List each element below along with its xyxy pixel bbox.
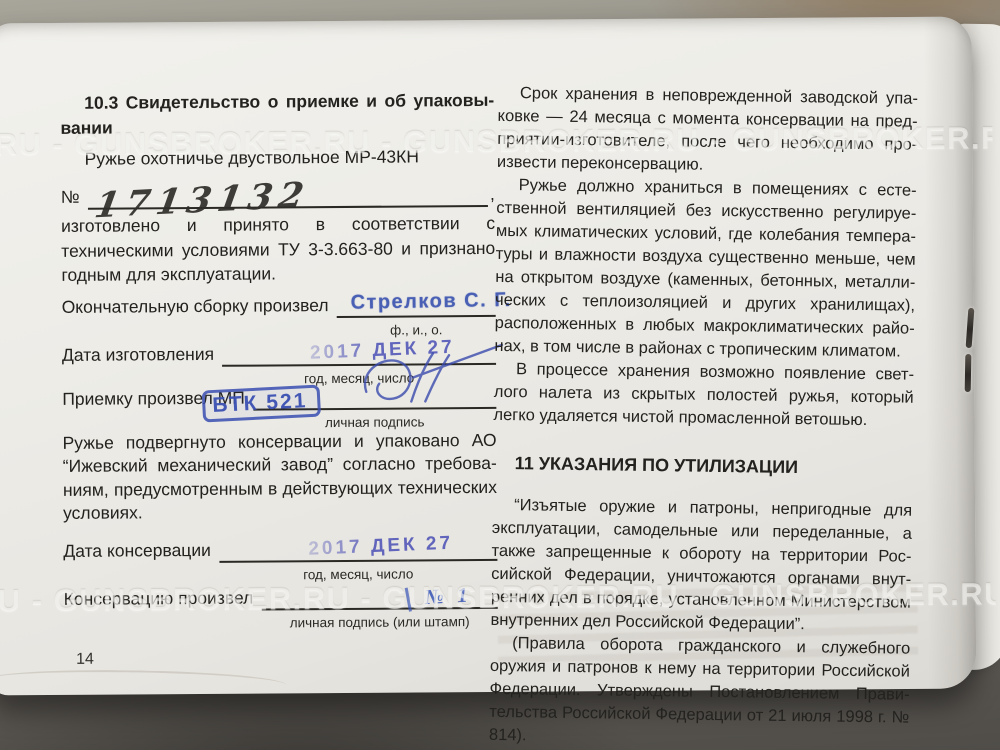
serial-suffix: , bbox=[490, 182, 495, 207]
signature-icon bbox=[354, 340, 504, 413]
assembly-row: Окончательную сборку произвел Стрелков С… bbox=[62, 290, 496, 319]
storage-period-paragraph: Срок хранения в неповрежденной заводской… bbox=[497, 82, 918, 180]
storage-conditions-paragraph: Ружье должно храниться в помещениях с ес… bbox=[494, 174, 917, 364]
staple-icon bbox=[960, 304, 980, 396]
serial-line: 1713132 bbox=[88, 181, 489, 210]
stamp-bracket-mark bbox=[405, 585, 420, 611]
assembly-name-stamp: Стрелков С. Г. bbox=[350, 287, 511, 315]
conservation-by-label: Консервацию произвел bbox=[64, 585, 254, 611]
conservation-by-line: № 1 личная подпись (или штамп) bbox=[261, 582, 498, 610]
assembly-line: Стрелков С. Г. ф., и., о. bbox=[336, 290, 495, 317]
btk-stamp: БТК 521 bbox=[202, 384, 322, 422]
conservation-date-label: Дата консервации bbox=[63, 537, 211, 563]
page-number: 14 bbox=[76, 651, 94, 669]
rules-citation-paragraph: (Правила оборота гражданского и служебно… bbox=[489, 632, 911, 750]
seized-weapons-paragraph: “Изъятые оружие и патроны, непригодные д… bbox=[490, 494, 912, 638]
conservation-date-line: 2017 ДЕК 27 год, месяц, число bbox=[219, 534, 498, 562]
conservation-by-row: Консервацию произвел № 1 личная подпись … bbox=[64, 582, 498, 611]
acceptance-row: Приемку произвел МП личная подпись bbox=[62, 382, 496, 411]
page-stack-edge bbox=[0, 668, 286, 697]
booklet-page: R.RU - GUNSBROKER.RU - GUNSBROKER.RU - G… bbox=[0, 17, 976, 696]
serial-number-row: № 1713132 , bbox=[61, 181, 495, 210]
conservation-by-caption: личная подпись (или штамп) bbox=[290, 609, 470, 635]
right-column: Срок хранения в неповрежденной заводской… bbox=[489, 82, 918, 750]
serial-handwritten-value: 1713132 bbox=[93, 183, 311, 219]
assembly-label: Окончательную сборку произвел bbox=[62, 293, 329, 320]
section-heading-utilization: 11 УКАЗАНИЯ ПО УТИЛИЗАЦИИ bbox=[493, 451, 913, 482]
serial-prefix: № bbox=[61, 185, 80, 210]
conservation-statement: Ружье подвергнуто консервации и упакован… bbox=[63, 428, 498, 525]
left-column: 10.3 Свидетельство о приемке и об упаков… bbox=[60, 88, 498, 612]
section-heading-acceptance: 10.3 Свидетельство о приемке и об упаков… bbox=[60, 88, 494, 141]
conservation-date-stamp: 2017 ДЕК 27 bbox=[307, 530, 453, 561]
photo-scene: R.RU - GUNSBROKER.RU - GUNSBROKER.RU - G… bbox=[0, 0, 1000, 750]
coating-note-paragraph: В процессе хранения возможно появление с… bbox=[493, 358, 914, 433]
number-one-stamp: № 1 bbox=[406, 582, 472, 611]
product-line: Ружье охотничье двуствольное МР-43КН bbox=[61, 144, 495, 172]
manufacture-date-label: Дата изготовления bbox=[62, 341, 214, 367]
conservation-date-row: Дата консервации 2017 ДЕК 27 год, месяц,… bbox=[63, 534, 497, 563]
